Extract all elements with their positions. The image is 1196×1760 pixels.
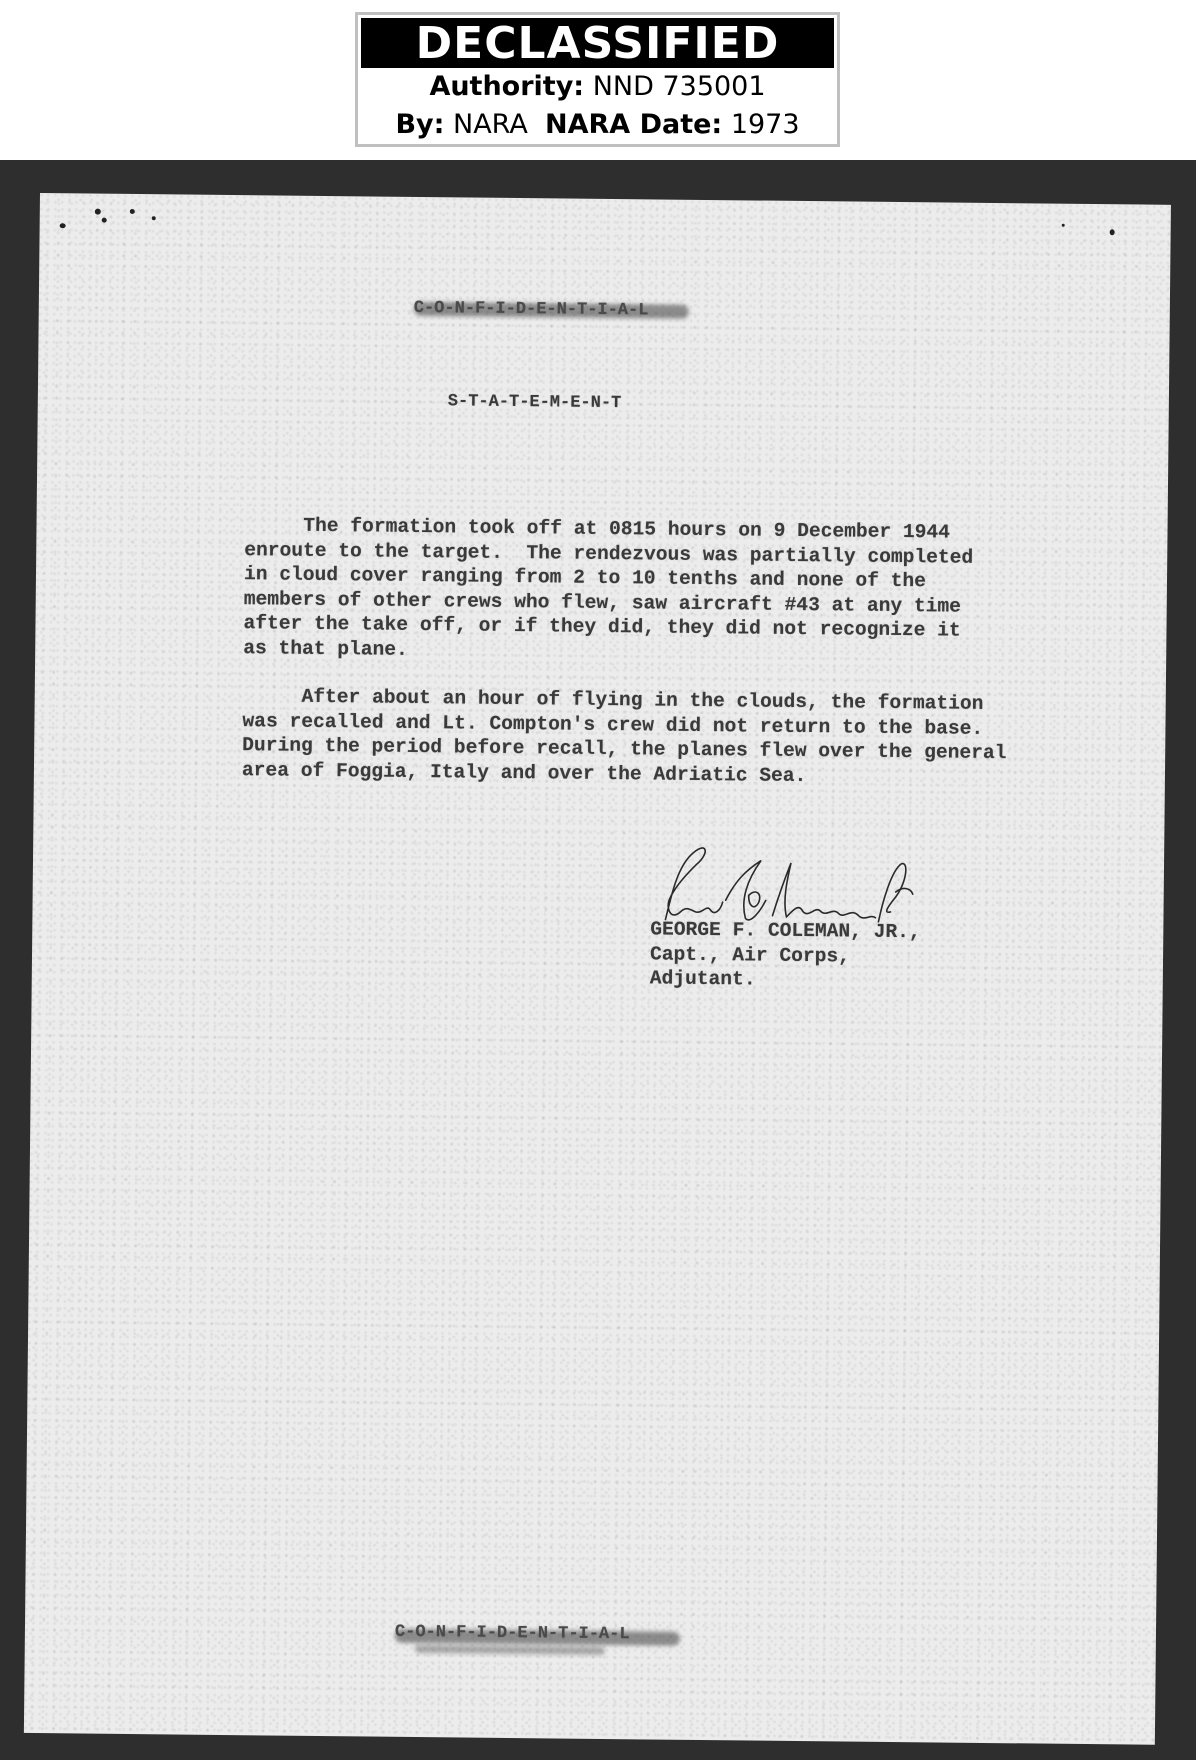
speck xyxy=(152,216,156,220)
signature-block: GEORGE F. COLEMAN, JR., Capt., Air Corps… xyxy=(40,193,1171,205)
stamp-by-date: By: NARA NARA Date: 1973 xyxy=(358,106,837,144)
speck xyxy=(95,209,101,215)
stamp-date-value: 1973 xyxy=(731,109,800,140)
speck xyxy=(102,218,107,223)
stamp-date-label: NARA Date: xyxy=(545,109,722,140)
paragraph-1: The formation took off at 0815 hours on … xyxy=(40,193,1171,205)
speck xyxy=(1110,229,1115,235)
signer-rank: Capt., Air Corps, xyxy=(650,942,850,969)
declassified-stamp: DECLASSIFIED Authority: NND 735001 By: N… xyxy=(355,12,840,147)
speck xyxy=(1062,224,1065,227)
speck xyxy=(130,209,135,214)
classification-top: C-O-N-F-I-D-E-N-T-I-A-L xyxy=(414,297,649,324)
classification-bottom: C-O-N-F-I-D-E-N-T-I-A-L xyxy=(395,1621,630,1648)
paragraph-2: After about an hour of flying in the clo… xyxy=(40,193,1171,205)
speck xyxy=(60,223,66,228)
stamp-title: DECLASSIFIED xyxy=(361,18,834,68)
stamp-authority-label: Authority: xyxy=(429,71,584,102)
document-heading: S-T-A-T-E-M-E-N-T xyxy=(448,390,622,416)
stamp-authority-value: NND 735001 xyxy=(593,71,766,102)
paragraph-line: area of Foggia, Italy and over the Adria… xyxy=(242,758,807,788)
signer-title: Adjutant. xyxy=(650,966,756,992)
document-page: C-O-N-F-I-D-E-N-T-I-A-L S-T-A-T-E-M-E-N-… xyxy=(24,193,1171,1745)
stamp-by-label: By: xyxy=(395,109,444,140)
stamp-by-value: NARA xyxy=(453,109,528,140)
stamp-authority: Authority: NND 735001 xyxy=(358,68,837,106)
scan-frame: C-O-N-F-I-D-E-N-T-I-A-L S-T-A-T-E-M-E-N-… xyxy=(0,160,1196,1760)
paragraph-line: as that plane. xyxy=(243,636,408,662)
signer-name: GEORGE F. COLEMAN, JR., xyxy=(650,917,921,944)
